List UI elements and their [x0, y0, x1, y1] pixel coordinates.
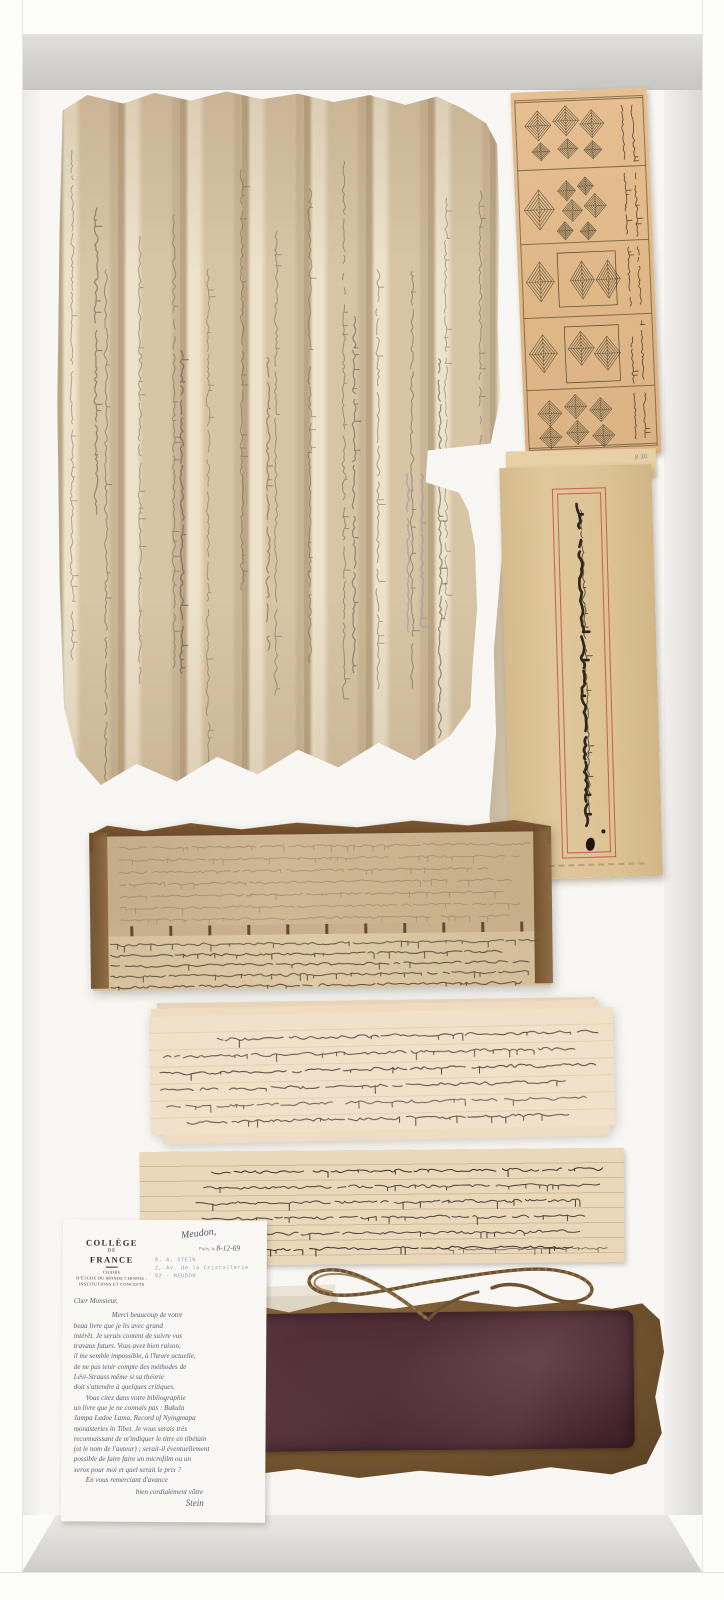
- body-line: intérêt. Je serais content de suivre vos: [74, 1331, 260, 1341]
- signature: Stein: [74, 1498, 260, 1508]
- stein-letter: COLLÈGE DE FRANCE CHAIRE D'ÉTUDE DU MOND…: [61, 1219, 267, 1522]
- letterhead-de: DE: [75, 1248, 149, 1254]
- body-line: xerox pour moi et quel serait le prix ?: [74, 1465, 260, 1475]
- chair-line: INSTITUTIONS ET CONCEPTS: [75, 1281, 149, 1287]
- letter-body: Cher Monsieur, Merci beaucoup de votre b…: [74, 1296, 260, 1508]
- frame-right: [702, 0, 724, 1600]
- letterhead-rule: [106, 1267, 118, 1268]
- stamp-line: 2, Av. de la Cristallerie: [155, 1264, 249, 1272]
- mongolian-folded-manuscript: [56, 88, 504, 792]
- ink-dot: [601, 829, 605, 833]
- handwritten-place: Meudon,: [180, 1226, 216, 1241]
- body-line: Merci beaucoup de votre: [74, 1310, 260, 1320]
- body-line: un livre que je ne connais pas : Bakula: [74, 1403, 260, 1413]
- body-line: Vous citez dans votre bibliographie: [74, 1393, 260, 1403]
- salutation: Cher Monsieur,: [74, 1296, 260, 1306]
- pothi-left-cap: [89, 833, 109, 989]
- divination-diagram-strip: [510, 87, 661, 458]
- tibetan-cursive-lines: [92, 931, 551, 991]
- chair-line: D'ÉTUDE DU MONDE CHINOIS :: [75, 1275, 149, 1281]
- leather-cover-panel: [251, 1310, 634, 1452]
- twisted-cord: [254, 1254, 654, 1330]
- pencil-note: 8 30: [635, 453, 648, 461]
- body-line: beau livre que je lis avec grand: [74, 1321, 260, 1331]
- chair-line: CHAIRE: [75, 1269, 149, 1275]
- body-line: (et le nom de l'auteur) ; serait-il éven…: [74, 1444, 260, 1454]
- thread-cross-diagrams: [510, 87, 661, 458]
- faded-tibetan-lines: [93, 831, 548, 931]
- letterhead-france: FRANCE: [75, 1254, 149, 1265]
- body-line: Lévi-Strauss même si sa théorie: [74, 1372, 260, 1382]
- purple-pencil-annotation: [398, 468, 438, 638]
- date-line: Paris, le 8-12-69: [199, 1243, 240, 1252]
- case-left-wall: [22, 90, 40, 1515]
- letterhead: COLLÈGE DE FRANCE CHAIRE D'ÉTUDE DU MOND…: [75, 1237, 149, 1287]
- valediction: bien cordialement vôtre: [74, 1487, 260, 1497]
- body-line: monasteries in Tibet. Je vous serais trè…: [74, 1424, 260, 1434]
- address-stamp: R. A. STEIN 2, Av. de la Cristallerie 92…: [155, 1256, 249, 1280]
- pothi-right-cap: [533, 827, 553, 983]
- body-line: il me semble impossible, à l'heure actue…: [74, 1352, 260, 1362]
- stamp-line: 92 - MEUDON: [155, 1272, 249, 1280]
- frame-bottom: [0, 1572, 724, 1600]
- printed-date-prefix: Paris, le: [199, 1246, 215, 1251]
- case-top-wall: [22, 34, 702, 90]
- pothi-lower-leaf: [92, 931, 551, 991]
- pothi-upper-leaf: [93, 831, 548, 931]
- body-line: reconnaissant de m'indiquer le titre en …: [74, 1434, 260, 1444]
- display-case-photo: 8 30: [0, 0, 724, 1600]
- handwritten-date: 8-12-69: [216, 1243, 240, 1252]
- stack-top-leaf: [149, 1007, 615, 1135]
- frame-left: [0, 0, 23, 1600]
- body-line: doit s'attendre à quelques critiques.: [74, 1382, 260, 1392]
- case-bottom-wall: [22, 1515, 702, 1572]
- mongolian-script-dark-strokes: [56, 88, 504, 792]
- body-line: travaux futurs. Vous avez bien raison,: [74, 1341, 260, 1351]
- body-line: Jampa Ladoe Lama, Record of Nyingmapa: [74, 1413, 260, 1423]
- letterhead-college: COLLÈGE: [75, 1237, 149, 1248]
- pothi-manuscript: [89, 817, 553, 993]
- body-line: de ne pas tenir compte des méthodes de: [74, 1362, 260, 1372]
- body-line: En vous remerciant d'avance: [74, 1475, 260, 1485]
- tibetan-ume-lines: [149, 1007, 615, 1135]
- frame-top: [0, 0, 724, 35]
- manuscript-leaf-stack: [149, 1001, 616, 1143]
- case-right-wall: [664, 90, 702, 1515]
- body-line: possible de faire faire un microfilm ou …: [74, 1454, 260, 1464]
